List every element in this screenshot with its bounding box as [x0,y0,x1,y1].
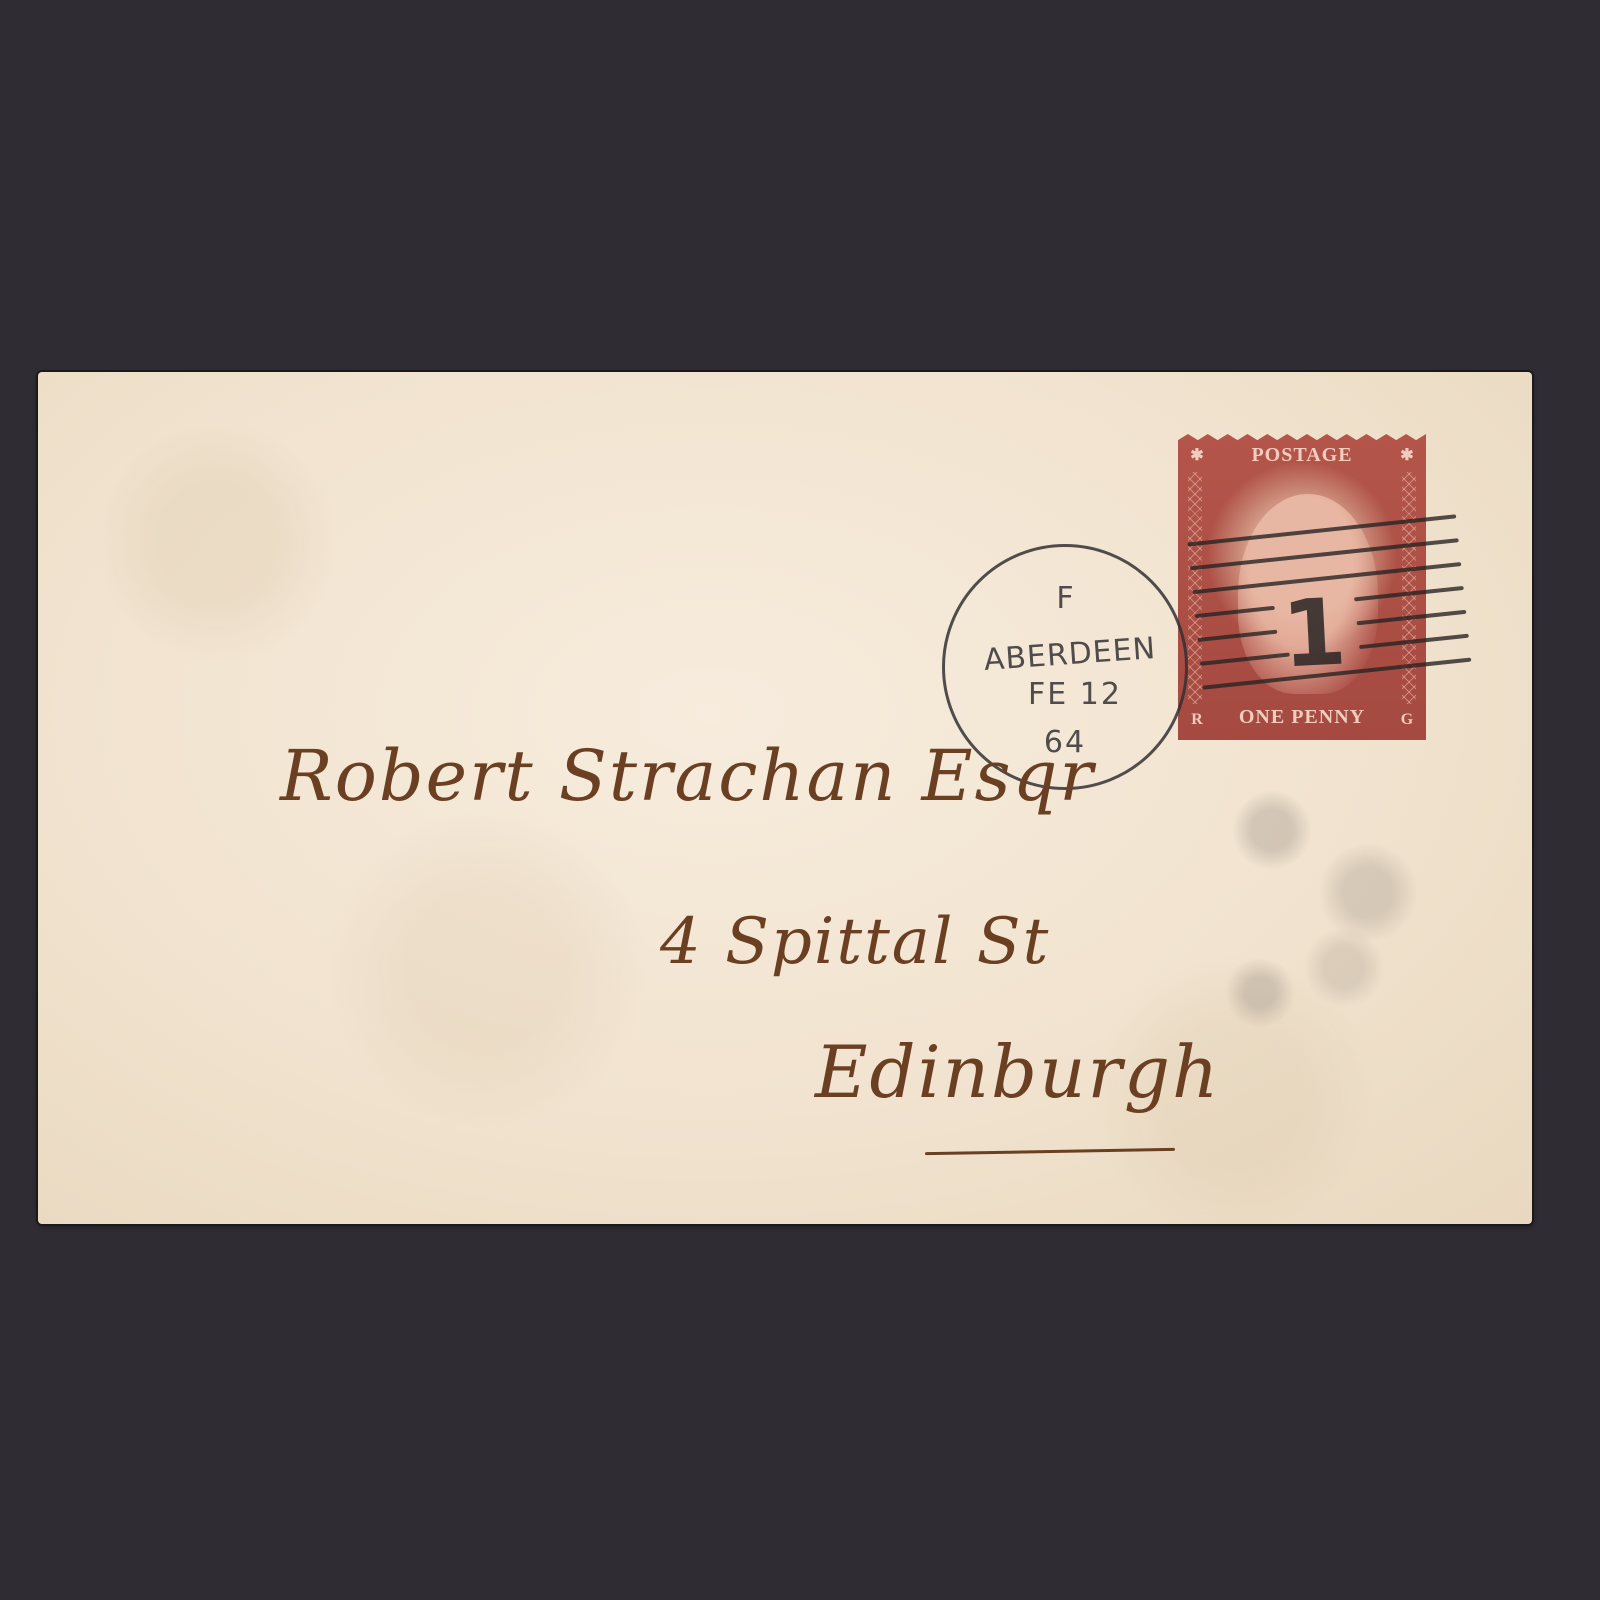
stamp-corner-top-left: ✱ [1186,444,1208,468]
postmark-date: FE 12 [979,677,1171,712]
address-city: Edinburgh [815,1030,1220,1114]
address-name: Robert Strachan Esqr [280,735,1095,817]
faint-backstamp-smudge [1200,780,1440,1030]
stamp-corner-top-right: ✱ [1396,444,1418,468]
stamp-bottom-text: ONE PENNY [1206,706,1398,732]
stamp-corner-bottom-right: G [1396,708,1418,732]
stamp-top-text: POSTAGE [1206,444,1398,470]
postmark-town: ABERDEEN [950,629,1190,681]
cancellation-number: 1 [1279,578,1349,688]
address-street: 4 Spittal St [660,905,1050,979]
postmark-code-letter: F [945,581,1185,616]
